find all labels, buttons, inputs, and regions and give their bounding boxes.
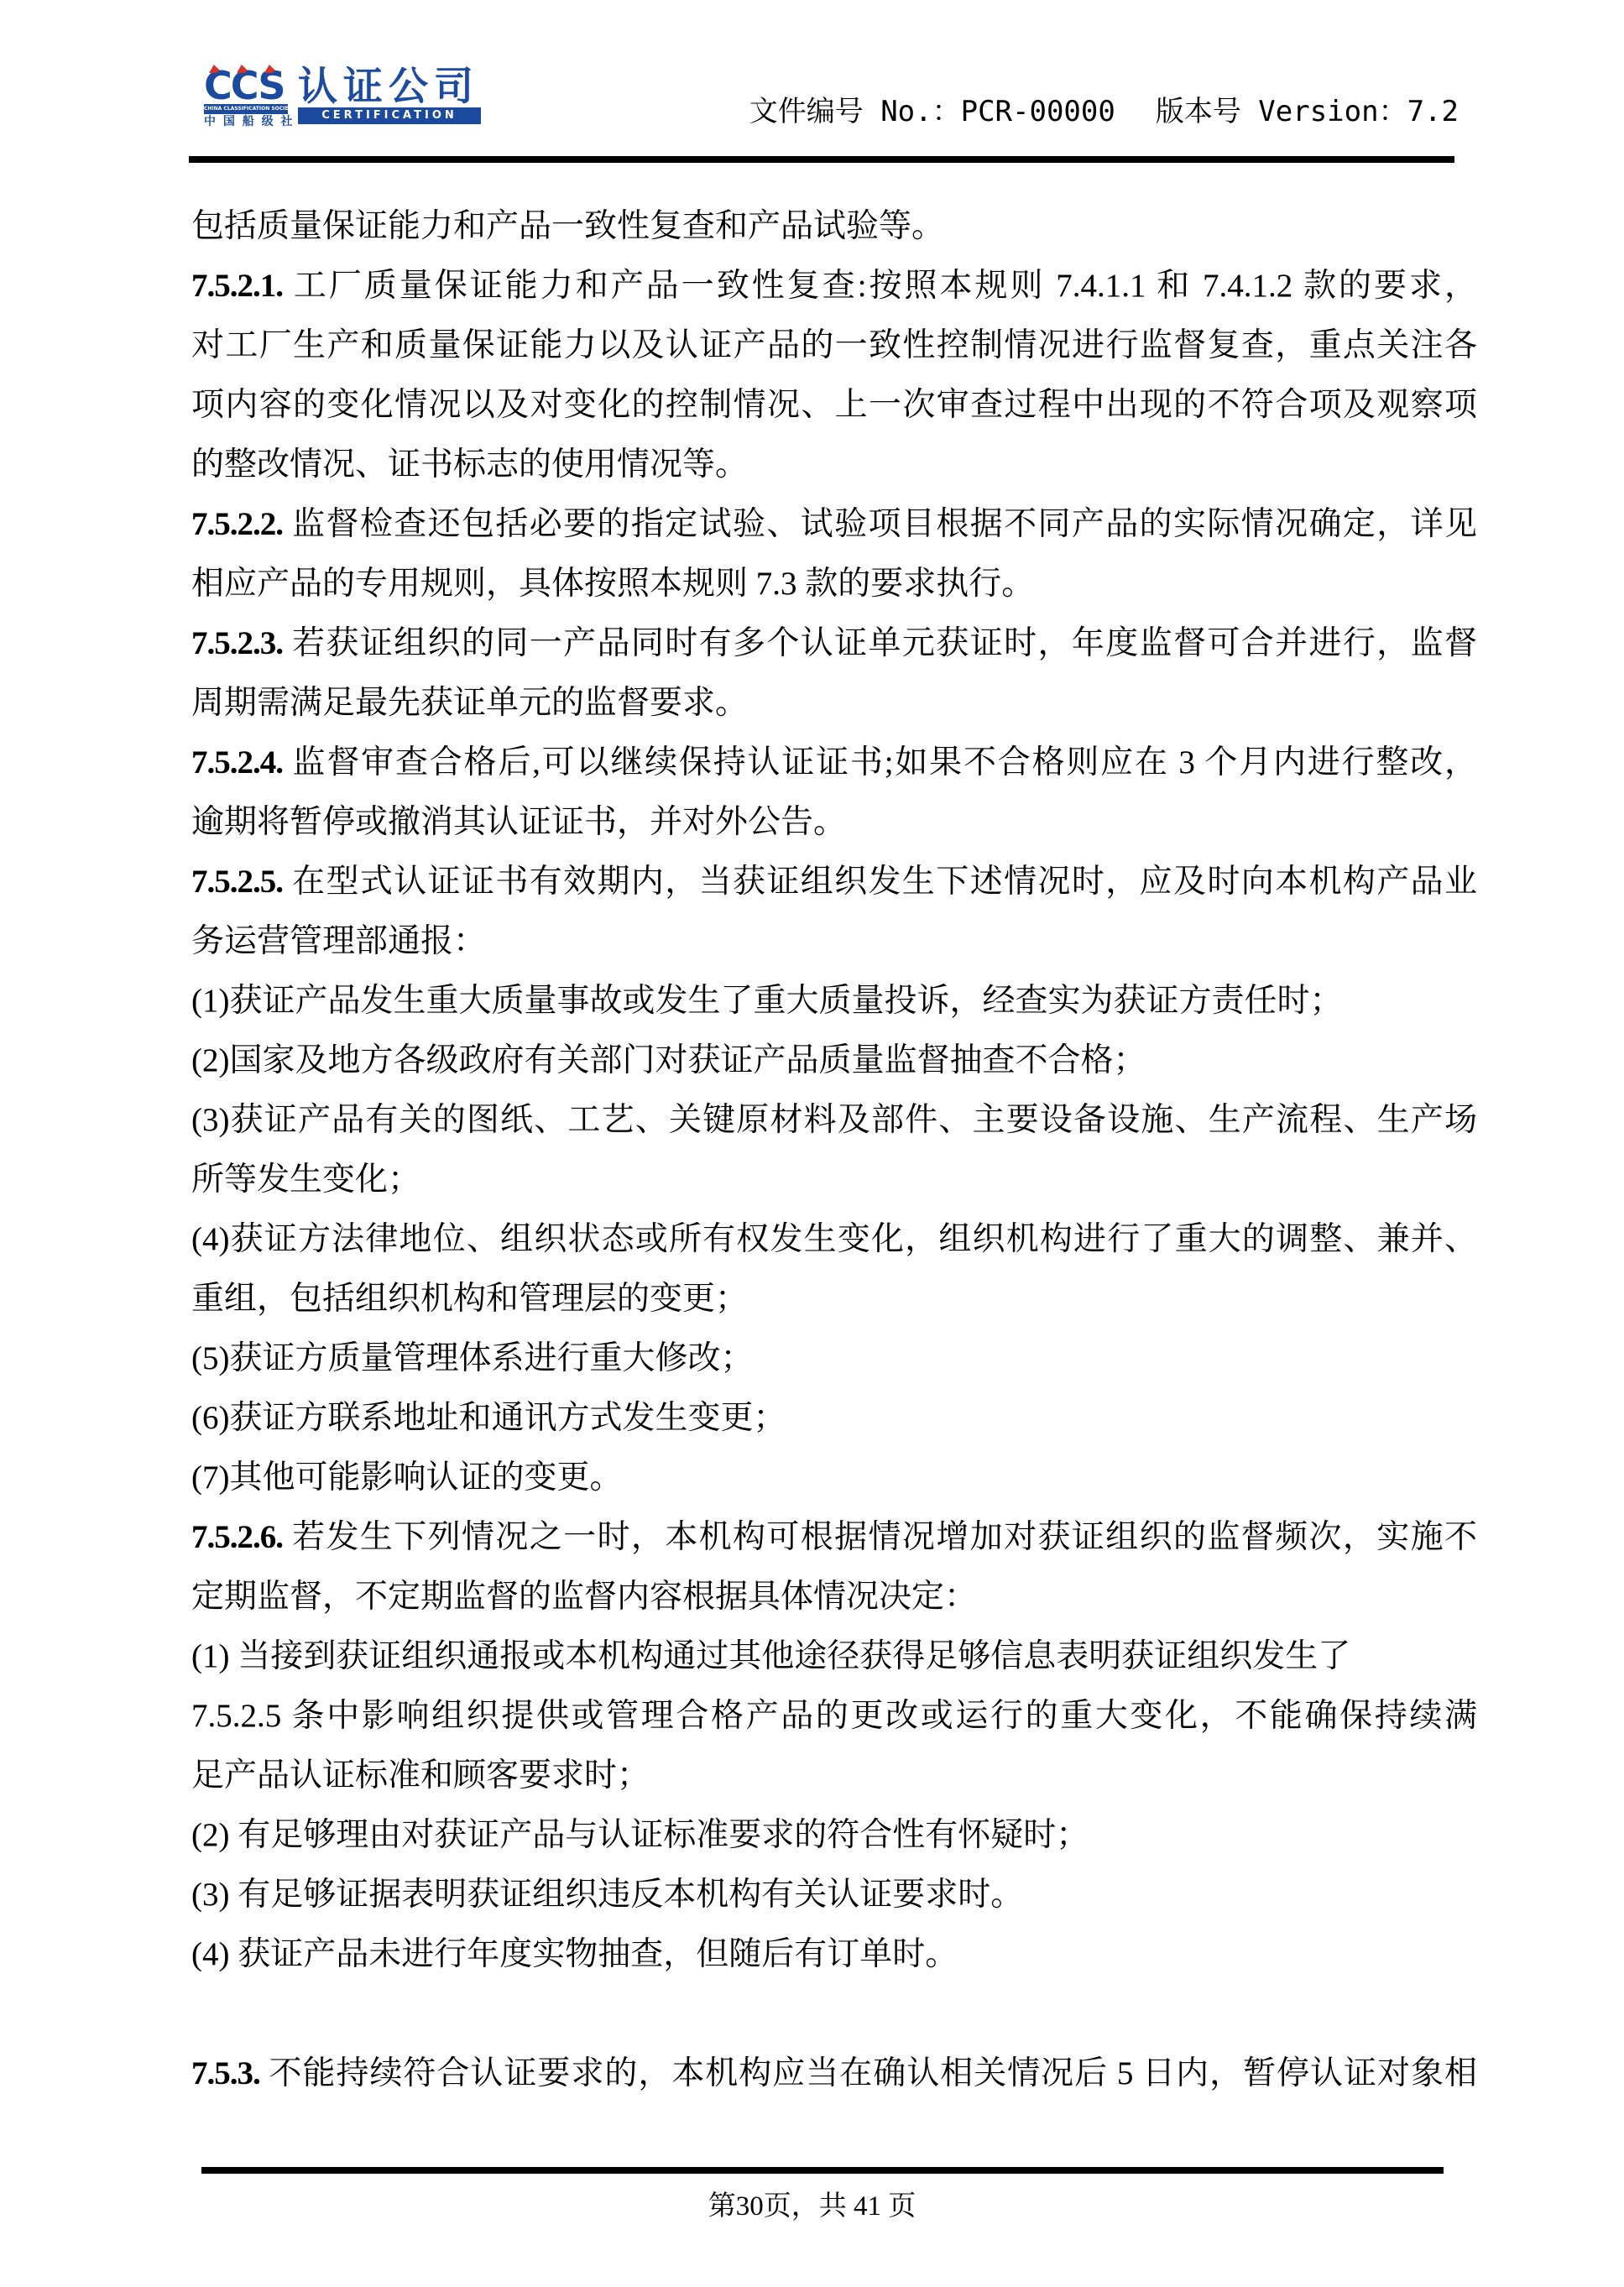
document-number: 文件编号 No.：PCR-00000 (749, 91, 1115, 133)
body-line-text: 足产品认证标准和顾客要求时； (191, 1757, 650, 1794)
body-line: 逾期将暂停或撤消其认证证书，并对外公告。 (191, 792, 1477, 852)
body-line-text: (2) 有足够理由对获证产品与认证标准要求的符合性有怀疑时； (191, 1817, 1089, 1853)
logo-company-name: 认证公司 (298, 69, 481, 106)
body-line-text: 监督检查还包括必要的指定试验、试验项目根据不同产品的实际情况确定，详见 (283, 506, 1477, 542)
body-line-text: 7.5.2.5 条中影响组织提供或管理合格产品的更改或运行的重大变化，不能确保持… (191, 1698, 1477, 1734)
body-line-text: (3) 有足够证据表明获证组织违反本机构有关认证要求时。 (191, 1877, 1023, 1913)
body-line: 足产品认证标准和顾客要求时； (191, 1746, 1477, 1805)
page-number: 第30页，共 41 页 (0, 2185, 1624, 2227)
ccs-logo: CCS CHINA CLASSIFICATION SOCIETY 中 国 船 级… (204, 69, 489, 129)
body-line-text: 周期需满足最先获证单元的监督要求。 (191, 685, 748, 721)
body-line-text: (4)获证方法律地位、组织状态或所有权发生变化，组织机构进行了重大的调整、兼并、 (191, 1221, 1477, 1257)
body-line: 7.5.2.6. 若发生下列情况之一时，本机构可根据情况增加对获证组织的监督频次… (191, 1507, 1477, 1567)
body-line-text: (1) 当接到获证组织通报或本机构通过其他途径获得足够信息表明获证组织发生了 (191, 1638, 1350, 1674)
body-line-text: 工厂质量保证能力和产品一致性复查:按照本规则 7.4.1.1 和 7.4.1.2… (283, 268, 1477, 304)
body-line-text: 监督审查合格后,可以继续保持认证证书;如果不合格则应在 3 个月内进行整改， (283, 744, 1477, 781)
body-line: (2) 有足够理由对获证产品与认证标准要求的符合性有怀疑时； (191, 1805, 1477, 1865)
ccs-logo-right: 认证公司 CERTIFICATION (298, 69, 481, 124)
body-line: (1)获证产品发生重大质量事故或发生了重大质量投诉，经查实为获证方责任时； (191, 971, 1477, 1031)
body-line (191, 1984, 1477, 2044)
body-line-text: (2)国家及地方各级政府有关部门对获证产品质量监督抽查不合格； (191, 1042, 1146, 1078)
ccs-logo-text: CCS (204, 69, 288, 102)
body-line: (4)获证方法律地位、组织状态或所有权发生变化，组织机构进行了重大的调整、兼并、 (191, 1209, 1477, 1269)
body-line-text: 相应产品的专用规则，具体按照本规则 7.3 款的要求执行。 (191, 566, 1034, 602)
body-line-text: (6)获证方联系地址和通讯方式发生变更； (191, 1400, 786, 1436)
section-number: 7.5.2.3. (191, 625, 283, 661)
body-line: (4) 获证产品未进行年度实物抽查，但随后有订单时。 (191, 1924, 1477, 1984)
body-line: 定期监督，不定期监督的监督内容根据具体情况决定： (191, 1567, 1477, 1626)
body-line-text: 在型式认证证书有效期内，当获证组织发生下述情况时，应及时向本机构产品业 (283, 864, 1477, 900)
version-number: 版本号 Version：7.2 (1156, 91, 1459, 133)
body-line-text: 重组，包括组织机构和管理层的变更； (191, 1281, 748, 1317)
body-line-text: 逾期将暂停或撤消其认证证书，并对外公告。 (191, 804, 846, 840)
body-line: (3) 有足够证据表明获证组织违反本机构有关认证要求时。 (191, 1865, 1477, 1924)
body-line: 包括质量保证能力和产品一致性复查和产品试验等。 (191, 196, 1477, 256)
section-number: 7.5.2.4. (191, 744, 283, 781)
body-line: (1) 当接到获证组织通报或本机构通过其他途径获得足够信息表明获证组织发生了 (191, 1626, 1477, 1686)
logo-certification-band: CERTIFICATION (298, 107, 481, 124)
section-number: 7.5.2.1. (191, 268, 283, 304)
body-line: 7.5.2.5. 在型式认证证书有效期内，当获证组织发生下述情况时，应及时向本机… (191, 852, 1477, 911)
document-body: 包括质量保证能力和产品一致性复查和产品试验等。7.5.2.1. 工厂质量保证能力… (191, 196, 1477, 2103)
body-line-text: (4) 获证产品未进行年度实物抽查，但随后有订单时。 (191, 1936, 958, 1972)
logo-society-cn: 中 国 船 级 社 (204, 115, 291, 128)
body-line-text: 若获证组织的同一产品同时有多个认证单元获证时，年度监督可合并进行，监督 (283, 625, 1477, 661)
body-line: 7.5.2.2. 监督检查还包括必要的指定试验、试验项目根据不同产品的实际情况确… (191, 494, 1477, 554)
body-line: 7.5.2.1. 工厂质量保证能力和产品一致性复查:按照本规则 7.4.1.1 … (191, 256, 1477, 316)
body-line: 相应产品的专用规则，具体按照本规则 7.3 款的要求执行。 (191, 554, 1477, 614)
body-line: 7.5.2.4. 监督审查合格后,可以继续保持认证证书;如果不合格则应在 3 个… (191, 733, 1477, 792)
body-line-text: 务运营管理部通报： (191, 923, 486, 959)
body-line: (2)国家及地方各级政府有关部门对获证产品质量监督抽查不合格； (191, 1031, 1477, 1090)
body-line: (5)获证方质量管理体系进行重大修改； (191, 1329, 1477, 1388)
ccs-logo-left: CCS CHINA CLASSIFICATION SOCIETY 中 国 船 级… (204, 69, 288, 102)
body-line-text: (1)获证产品发生重大质量事故或发生了重大质量投诉，经查实为获证方责任时； (191, 983, 1342, 1019)
section-number: 7.5.3. (191, 2055, 260, 2091)
body-line: (6)获证方联系地址和通讯方式发生变更； (191, 1388, 1477, 1448)
body-line-text: (3)获证产品有关的图纸、工艺、关键原材料及部件、主要设备设施、生产流程、生产场 (191, 1102, 1477, 1138)
body-line: 7.5.3. 不能持续符合认证要求的，本机构应当在确认相关情况后 5 日内，暂停… (191, 2044, 1477, 2103)
header-rule (189, 156, 1454, 163)
body-line-text: (5)获证方质量管理体系进行重大修改； (191, 1340, 753, 1376)
body-line: 务运营管理部通报： (191, 911, 1477, 971)
body-line: 所等发生变化； (191, 1150, 1477, 1209)
body-line-text: (7)其他可能影响认证的变更。 (191, 1459, 622, 1496)
logo-society-band: CHINA CLASSIFICATION SOCIETY (204, 104, 288, 114)
section-number: 7.5.2.5. (191, 864, 283, 900)
body-line: 周期需满足最先获证单元的监督要求。 (191, 673, 1477, 733)
body-line: 重组，包括组织机构和管理层的变更； (191, 1269, 1477, 1329)
footer-rule (201, 2167, 1444, 2174)
body-line-text: 项内容的变化情况以及对变化的控制情况、上一次审查过程中出现的不符合项及观察项 (191, 387, 1477, 423)
body-line-text: 包括质量保证能力和产品一致性复查和产品试验等。 (191, 208, 944, 244)
body-line: (7)其他可能影响认证的变更。 (191, 1448, 1477, 1507)
body-line-text: 的整改情况、证书标志的使用情况等。 (191, 446, 748, 483)
body-line: 7.5.2.3. 若获证组织的同一产品同时有多个认证单元获证时，年度监督可合并进… (191, 614, 1477, 673)
body-line-text: 不能持续符合认证要求的，本机构应当在确认相关情况后 5 日内，暂停认证对象相 (260, 2055, 1477, 2091)
body-line: 项内容的变化情况以及对变化的控制情况、上一次审查过程中出现的不符合项及观察项 (191, 375, 1477, 435)
body-line: 7.5.2.5 条中影响组织提供或管理合格产品的更改或运行的重大变化，不能确保持… (191, 1686, 1477, 1746)
body-line: 对工厂生产和质量保证能力以及认证产品的一致性控制情况进行监督复查，重点关注各 (191, 316, 1477, 375)
body-line-text: 对工厂生产和质量保证能力以及认证产品的一致性控制情况进行监督复查，重点关注各 (191, 327, 1477, 363)
body-line: 的整改情况、证书标志的使用情况等。 (191, 435, 1477, 494)
body-line-text: 所等发生变化； (191, 1162, 420, 1198)
body-line-text: 若发生下列情况之一时，本机构可根据情况增加对获证组织的监督频次，实施不 (283, 1519, 1477, 1555)
body-line: (3)获证产品有关的图纸、工艺、关键原材料及部件、主要设备设施、生产流程、生产场 (191, 1090, 1477, 1150)
body-line-text: 定期监督，不定期监督的监督内容根据具体情况决定： (191, 1579, 977, 1615)
section-number: 7.5.2.2. (191, 506, 283, 542)
header-text: 文件编号 No.：PCR-00000 版本号 Version：7.2 (749, 91, 1459, 133)
section-number: 7.5.2.6. (191, 1519, 283, 1555)
document-page: CCS CHINA CLASSIFICATION SOCIETY 中 国 船 级… (0, 0, 1624, 2287)
